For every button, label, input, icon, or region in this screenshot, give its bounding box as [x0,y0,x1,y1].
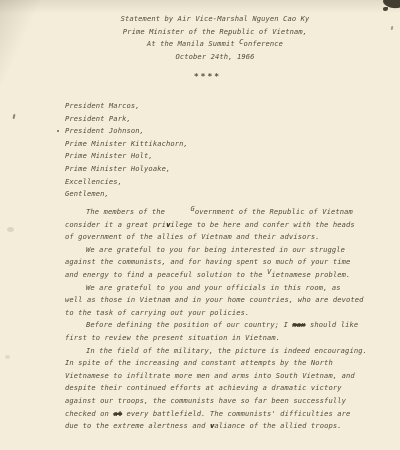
paragraph-line: well as those in Vietnam and in your hom… [65,294,367,307]
salutation-line: President Marcos, [65,100,188,113]
salutation-line: Excellencies, [65,176,188,189]
paragraph: The members of the Government of the Rep… [65,206,367,244]
scan-artifact-smudge [7,227,14,232]
salutation-line: Prime Minister Kittikachorn, [65,138,188,151]
scanned-document-page: Statement by Air Vice-Marshal Nguyen Cao… [0,0,400,450]
paragraph: We are grateful to you and your official… [65,282,367,320]
scan-artifact-dot [57,130,59,132]
struck-out-word: at [113,409,122,418]
document-body: The members of the Government of the Rep… [65,206,367,433]
salutation-list: President Marcos,President Park,Presiden… [65,100,188,201]
scan-artifact-blob-tail [383,7,388,11]
salutation-line: Gentlemen, [65,188,188,201]
scan-artifact-tick [391,26,394,30]
paragraph-line: against the communists, and for having s… [65,256,367,269]
paragraph-line: and energy to find a peaceful solution t… [65,269,367,282]
raised-letter: V [267,266,271,279]
salutation-line: President Johnson, [65,125,188,138]
paragraph-line: Vietnamese to infiltrate more men and ar… [65,370,367,383]
struck-out-word: max [292,320,305,329]
title-line: At the Manila Summit Conference [65,38,365,51]
paragraph-line: of government of the allies of Vietnam a… [65,231,367,244]
paragraph-line: against our troops, the communists have … [65,395,367,408]
paragraph: We are grateful to you for being interes… [65,244,367,282]
separator-stars: **** [65,71,350,83]
paragraph: Before defining the position of our coun… [65,319,367,344]
paragraph-line: We are grateful to you for being interes… [65,244,367,257]
salutation-line: President Park, [65,113,188,126]
paragraph-line: despite their continued efforts at achie… [65,382,367,395]
overstruck-letter: v [210,421,214,430]
overstruck-letter: v [166,220,170,229]
document-title-block: Statement by Air Vice-Marshal Nguyen Cao… [65,13,365,63]
salutation-line: Prime Minister Holt, [65,150,188,163]
paragraph-line: due to the extreme alertness and valianc… [65,420,367,433]
paragraph-line: to the task of carrying out your policie… [65,307,367,320]
paragraph-line: In the field of the military, the pictur… [65,345,367,358]
paragraph: In the field of the military, the pictur… [65,345,367,433]
salutation-line: Prime Minister Holyoake, [65,163,188,176]
title-line: Prime Minister of the Republic of Vietna… [65,26,365,39]
paragraph-line: consider it a great privilege to be here… [65,219,367,232]
raised-letter: C [239,36,243,49]
paragraph-line: We are grateful to you and your official… [65,282,367,295]
scan-artifact-smudge [5,355,10,359]
paragraph-line: checked on at every battlefield. The com… [65,408,367,421]
paragraph-line: The members of the Government of the Rep… [65,206,367,219]
raised-letter: G [169,203,194,216]
paragraph-line: In spite of the increasing and constant … [65,357,367,370]
paragraph-line: first to review the present situation in… [65,332,367,345]
scan-artifact-speck [12,114,15,119]
title-line: Statement by Air Vice-Marshal Nguyen Cao… [65,13,365,26]
title-line: October 24th, 1966 [65,51,365,64]
paragraph-line: Before defining the position of our coun… [65,319,367,332]
